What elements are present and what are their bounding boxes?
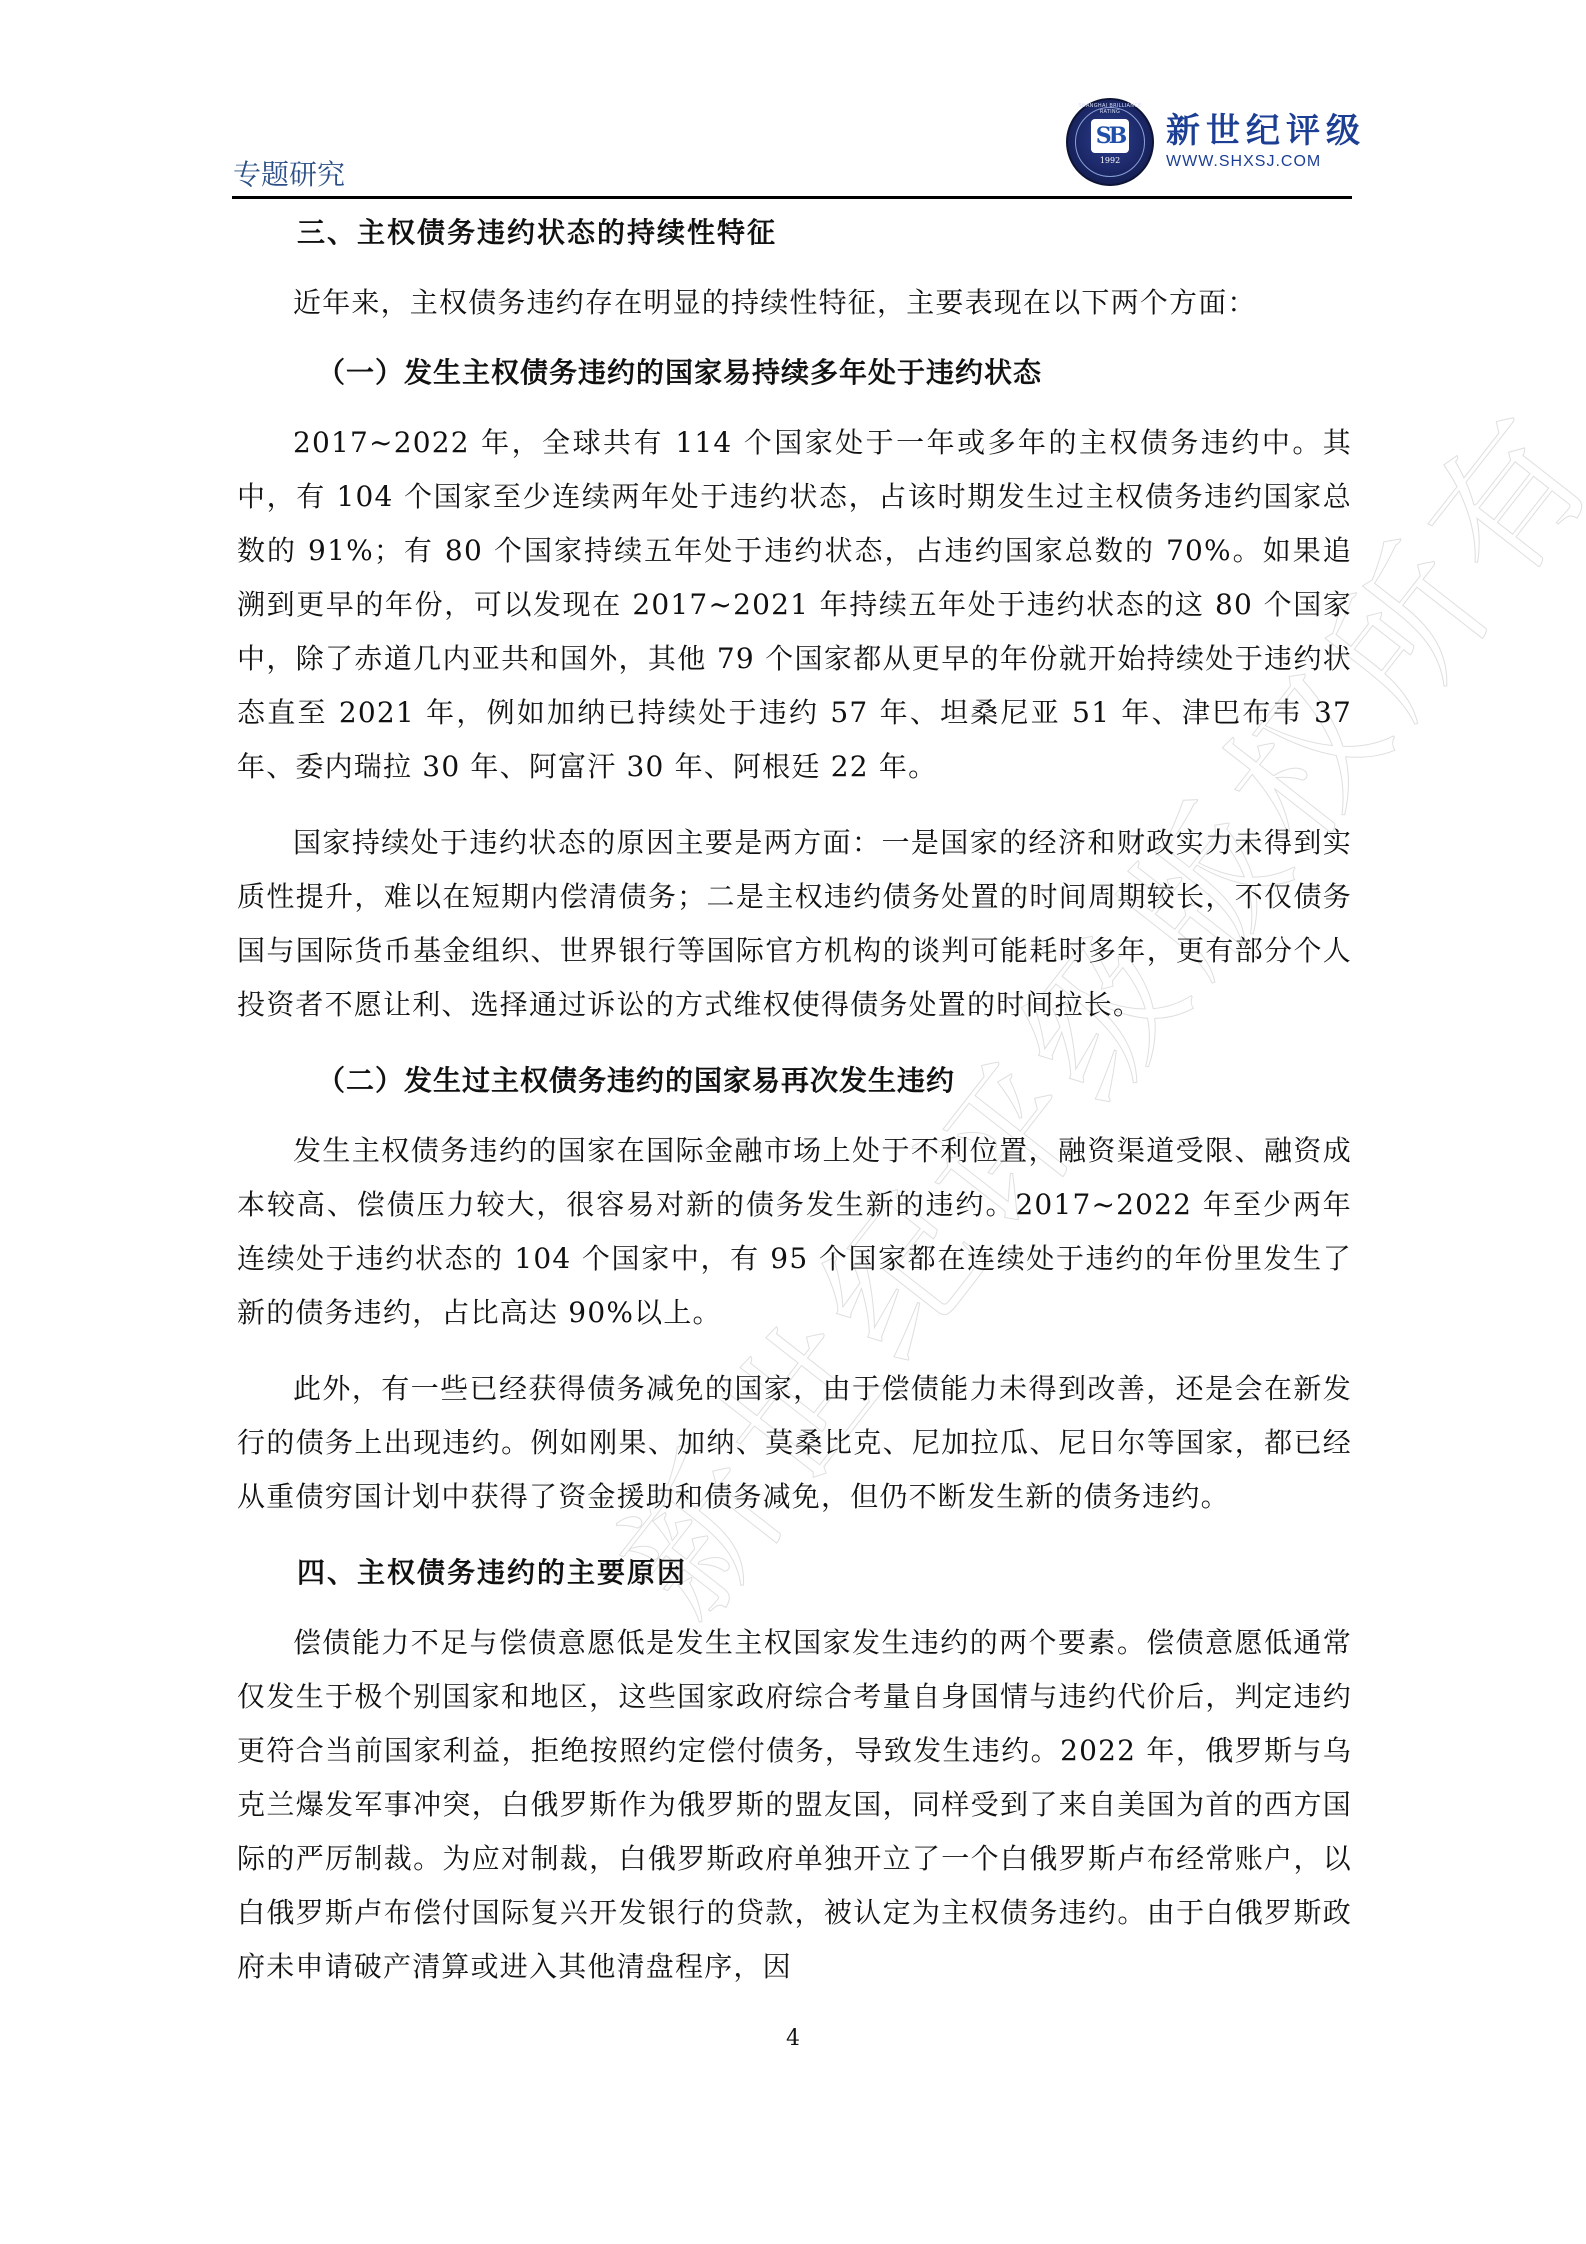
logo-company-name: 新世纪评级 — [1166, 111, 1366, 151]
document-page: 新世纪评级版权所有 SHANGHAI BRILLIANCE RATING SB … — [0, 0, 1586, 2244]
logo-seal-year: 1992 — [1068, 156, 1152, 165]
subsection-heading-1: （一）发生主权债务违约的国家易持续多年处于违约状态 — [237, 346, 1352, 400]
subsection-heading-2: （二）发生过主权债务违约的国家易再次发生违约 — [237, 1054, 1352, 1108]
logo-seal-icon: SHANGHAI BRILLIANCE RATING SB 1992 — [1066, 98, 1154, 186]
logo-seal-arc-text: SHANGHAI BRILLIANCE RATING — [1068, 103, 1152, 115]
section-heading-4: 四、主权债务违约的主要原因 — [237, 1546, 1352, 1600]
logo-text: 新世纪评级 WWW.SHXSJ.COM — [1166, 111, 1366, 173]
paragraph: 2017~2022 年，全球共有 114 个国家处于一年或多年的主权债务违约中。… — [237, 416, 1352, 794]
page-number: 4 — [0, 2026, 1586, 2051]
section-intro: 近年来，主权债务违约存在明显的持续性特征，主要表现在以下两个方面： — [237, 276, 1352, 330]
section-heading-3: 三、主权债务违约状态的持续性特征 — [237, 206, 1352, 260]
header-divider — [232, 196, 1352, 199]
header-section-label: 专题研究 — [233, 157, 345, 193]
main-content: 三、主权债务违约状态的持续性特征 近年来，主权债务违约存在明显的持续性特征，主要… — [237, 206, 1352, 1994]
paragraph: 此外，有一些已经获得债务减免的国家，由于偿债能力未得到改善，还是会在新发行的债务… — [237, 1362, 1352, 1524]
paragraph: 偿债能力不足与偿债意愿低是发生主权国家发生违约的两个要素。偿债意愿低通常仅发生于… — [237, 1616, 1352, 1994]
logo-seal-badge: SB — [1091, 119, 1129, 153]
company-logo: SHANGHAI BRILLIANCE RATING SB 1992 新世纪评级… — [1066, 98, 1366, 186]
logo-website-url: WWW.SHXSJ.COM — [1166, 151, 1366, 173]
paragraph: 发生主权债务违约的国家在国际金融市场上处于不利位置，融资渠道受限、融资成本较高、… — [237, 1124, 1352, 1340]
paragraph: 国家持续处于违约状态的原因主要是两方面：一是国家的经济和财政实力未得到实质性提升… — [237, 816, 1352, 1032]
